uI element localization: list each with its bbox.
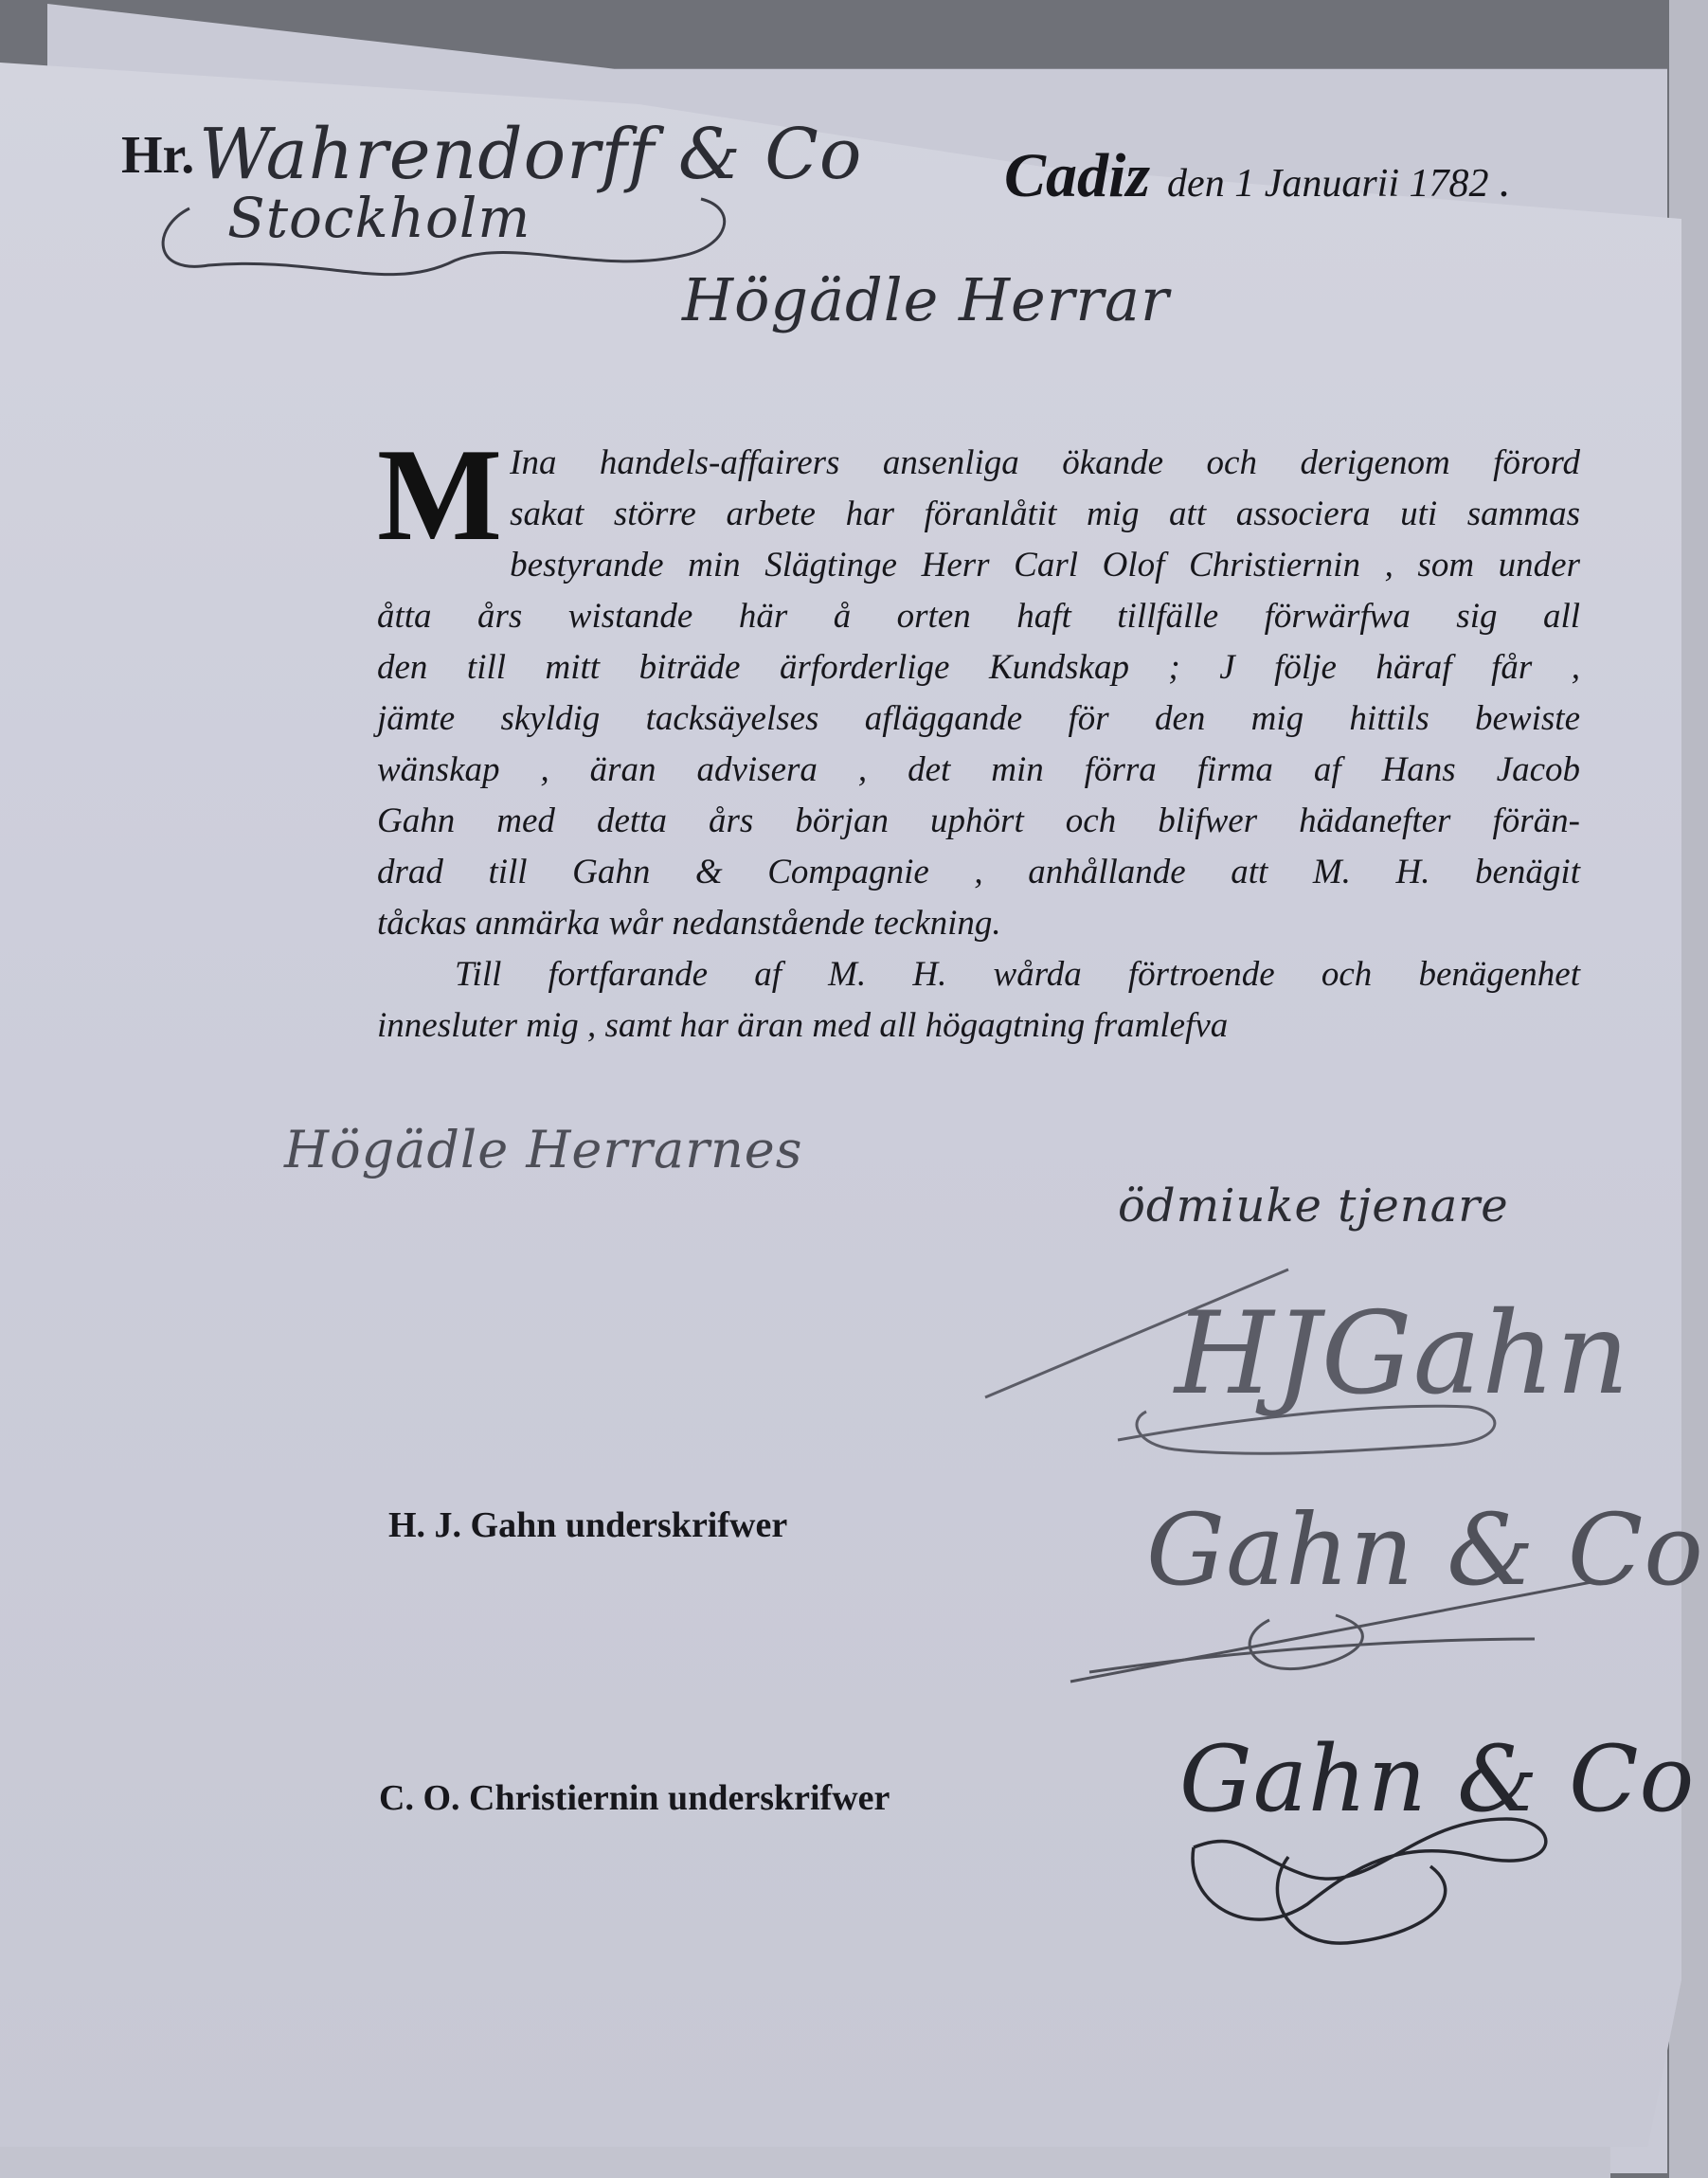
closing: Högädle Herrarnes: [284, 1120, 802, 1179]
body-line: Gahn med detta års början uphört och bli…: [377, 796, 1580, 847]
body-line: bestyrande min Slägtinge Herr Carl Olof …: [377, 540, 1580, 591]
dateline: Cadiz den 1 Januarii 1782 .: [1004, 140, 1510, 212]
body-line: sakat större arbete har föranlåtit mig a…: [377, 489, 1580, 540]
body-line: Ina handels-affairers ansenliga ökande o…: [377, 438, 1580, 489]
letter-body: M Ina handels-affairers ansenliga ökande…: [377, 438, 1580, 1052]
servant-line: ödmiuke tjenare: [1118, 1179, 1509, 1233]
body-line: jämte skyldig tacksäyelses afläggande fö…: [377, 693, 1580, 745]
address-flourish: [152, 171, 758, 303]
signature-2: Gahn & Co: [1146, 1492, 1704, 1608]
body-line: tåckas anmärka wår nedanstående teckning…: [377, 898, 1580, 949]
body-line: innesluter mig , samt har äran med all h…: [377, 1000, 1580, 1052]
printed-signature-label-1: H. J. Gahn underskrifwer: [388, 1504, 787, 1546]
body-line: den till mitt biträde ärforderlige Kunds…: [377, 642, 1580, 693]
body-line: wänskap , äran advisera , det min förra …: [377, 745, 1580, 796]
salutation: Högädle Herrar: [682, 265, 1170, 334]
body-line: åtta års wistande här å orten haft tillf…: [377, 591, 1580, 642]
drop-cap: M: [377, 443, 502, 548]
printed-signature-label-2: C. O. Christiernin underskrifwer: [379, 1777, 890, 1819]
body-line: drad till Gahn & Compagnie , anhållande …: [377, 847, 1580, 898]
dateline-period: .: [1499, 156, 1510, 207]
signature-1: HJGahn: [1175, 1288, 1630, 1420]
dateline-place: Cadiz: [1004, 141, 1150, 210]
signature-3: Gahn & Co: [1179, 1726, 1695, 1832]
body-line: Till fortfarande af M. H. wårda förtroen…: [377, 949, 1580, 1000]
dateline-date: den 1 Januarii 1782: [1167, 162, 1488, 206]
